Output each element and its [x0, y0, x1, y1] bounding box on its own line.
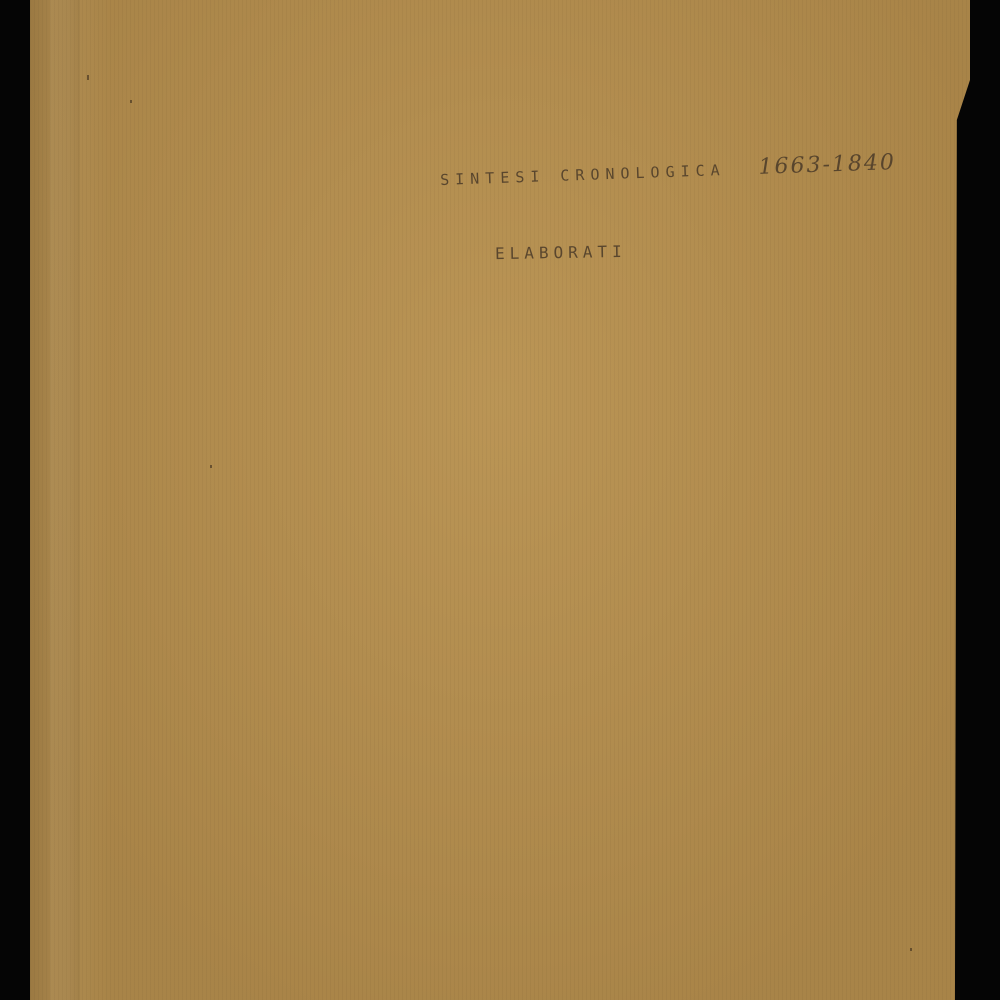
spine-fold	[50, 0, 80, 1000]
folder-cover	[30, 0, 970, 1000]
year-range: 1663-1840	[758, 150, 896, 180]
paper-speck	[130, 100, 132, 103]
paper-speck	[87, 75, 89, 80]
paper-speck	[210, 465, 212, 468]
paper-speck	[910, 948, 912, 951]
handwritten-subtitle: ELABORATI	[495, 242, 627, 263]
